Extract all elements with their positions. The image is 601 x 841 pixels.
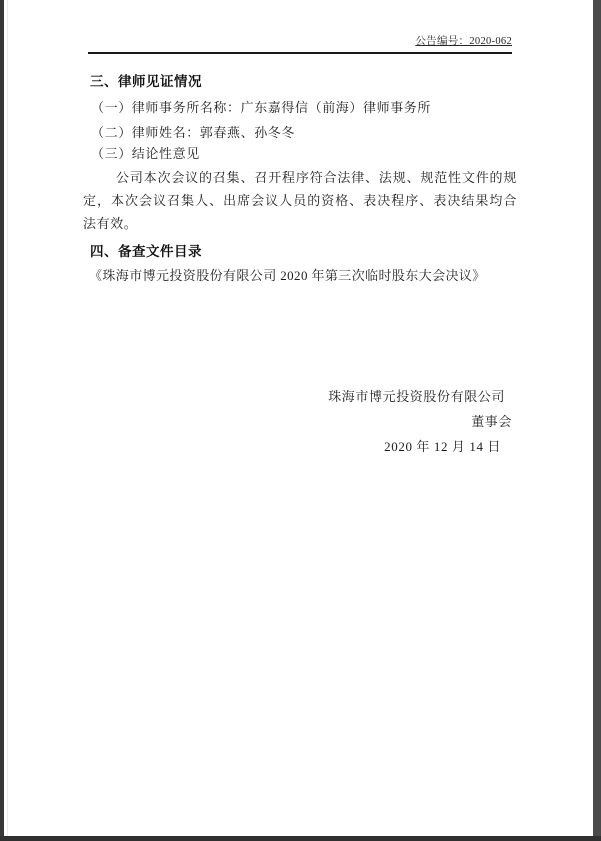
signature-board-of-directors: 董事会 (328, 409, 512, 434)
law-firm-name-line: （一）律师事务所名称：广东嘉得信（前海）律师事务所 (91, 100, 431, 115)
signature-block: 珠海市博元投资股份有限公司 董事会 2020 年 12 月 14 日 (328, 384, 512, 459)
page-left-inner-shadow (7, 0, 8, 841)
page-right-edge (593, 0, 601, 841)
document-page: 公告编号：2020-062 三、律师见证情况 （一）律师事务所名称：广东嘉得信（… (0, 0, 601, 841)
reference-document-title: 《珠海市博元投资股份有限公司 2020 年第三次临时股东大会决议》 (89, 268, 486, 283)
lawyer-names-line: （二）律师姓名：郭春燕、孙冬冬 (91, 125, 295, 140)
header-divider-rule (88, 52, 512, 54)
section-lawyer-heading: 三、律师见证情况 (90, 74, 202, 89)
conclusion-paragraph: 公司本次会议的召集、召开程序符合法律、法规、规范性文件的规定，本次会议召集人、出… (83, 166, 517, 235)
signature-date: 2020 年 12 月 14 日 (328, 434, 512, 459)
announcement-number: 公告编号：2020-062 (415, 35, 512, 48)
conclusive-opinion-line: （三）结论性意见 (91, 146, 200, 161)
signature-company-name: 珠海市博元投资股份有限公司 (328, 384, 512, 409)
section-reference-heading: 四、备查文件目录 (90, 244, 202, 259)
page-bottom-edge (0, 836, 601, 841)
page-left-edge (0, 0, 4, 841)
